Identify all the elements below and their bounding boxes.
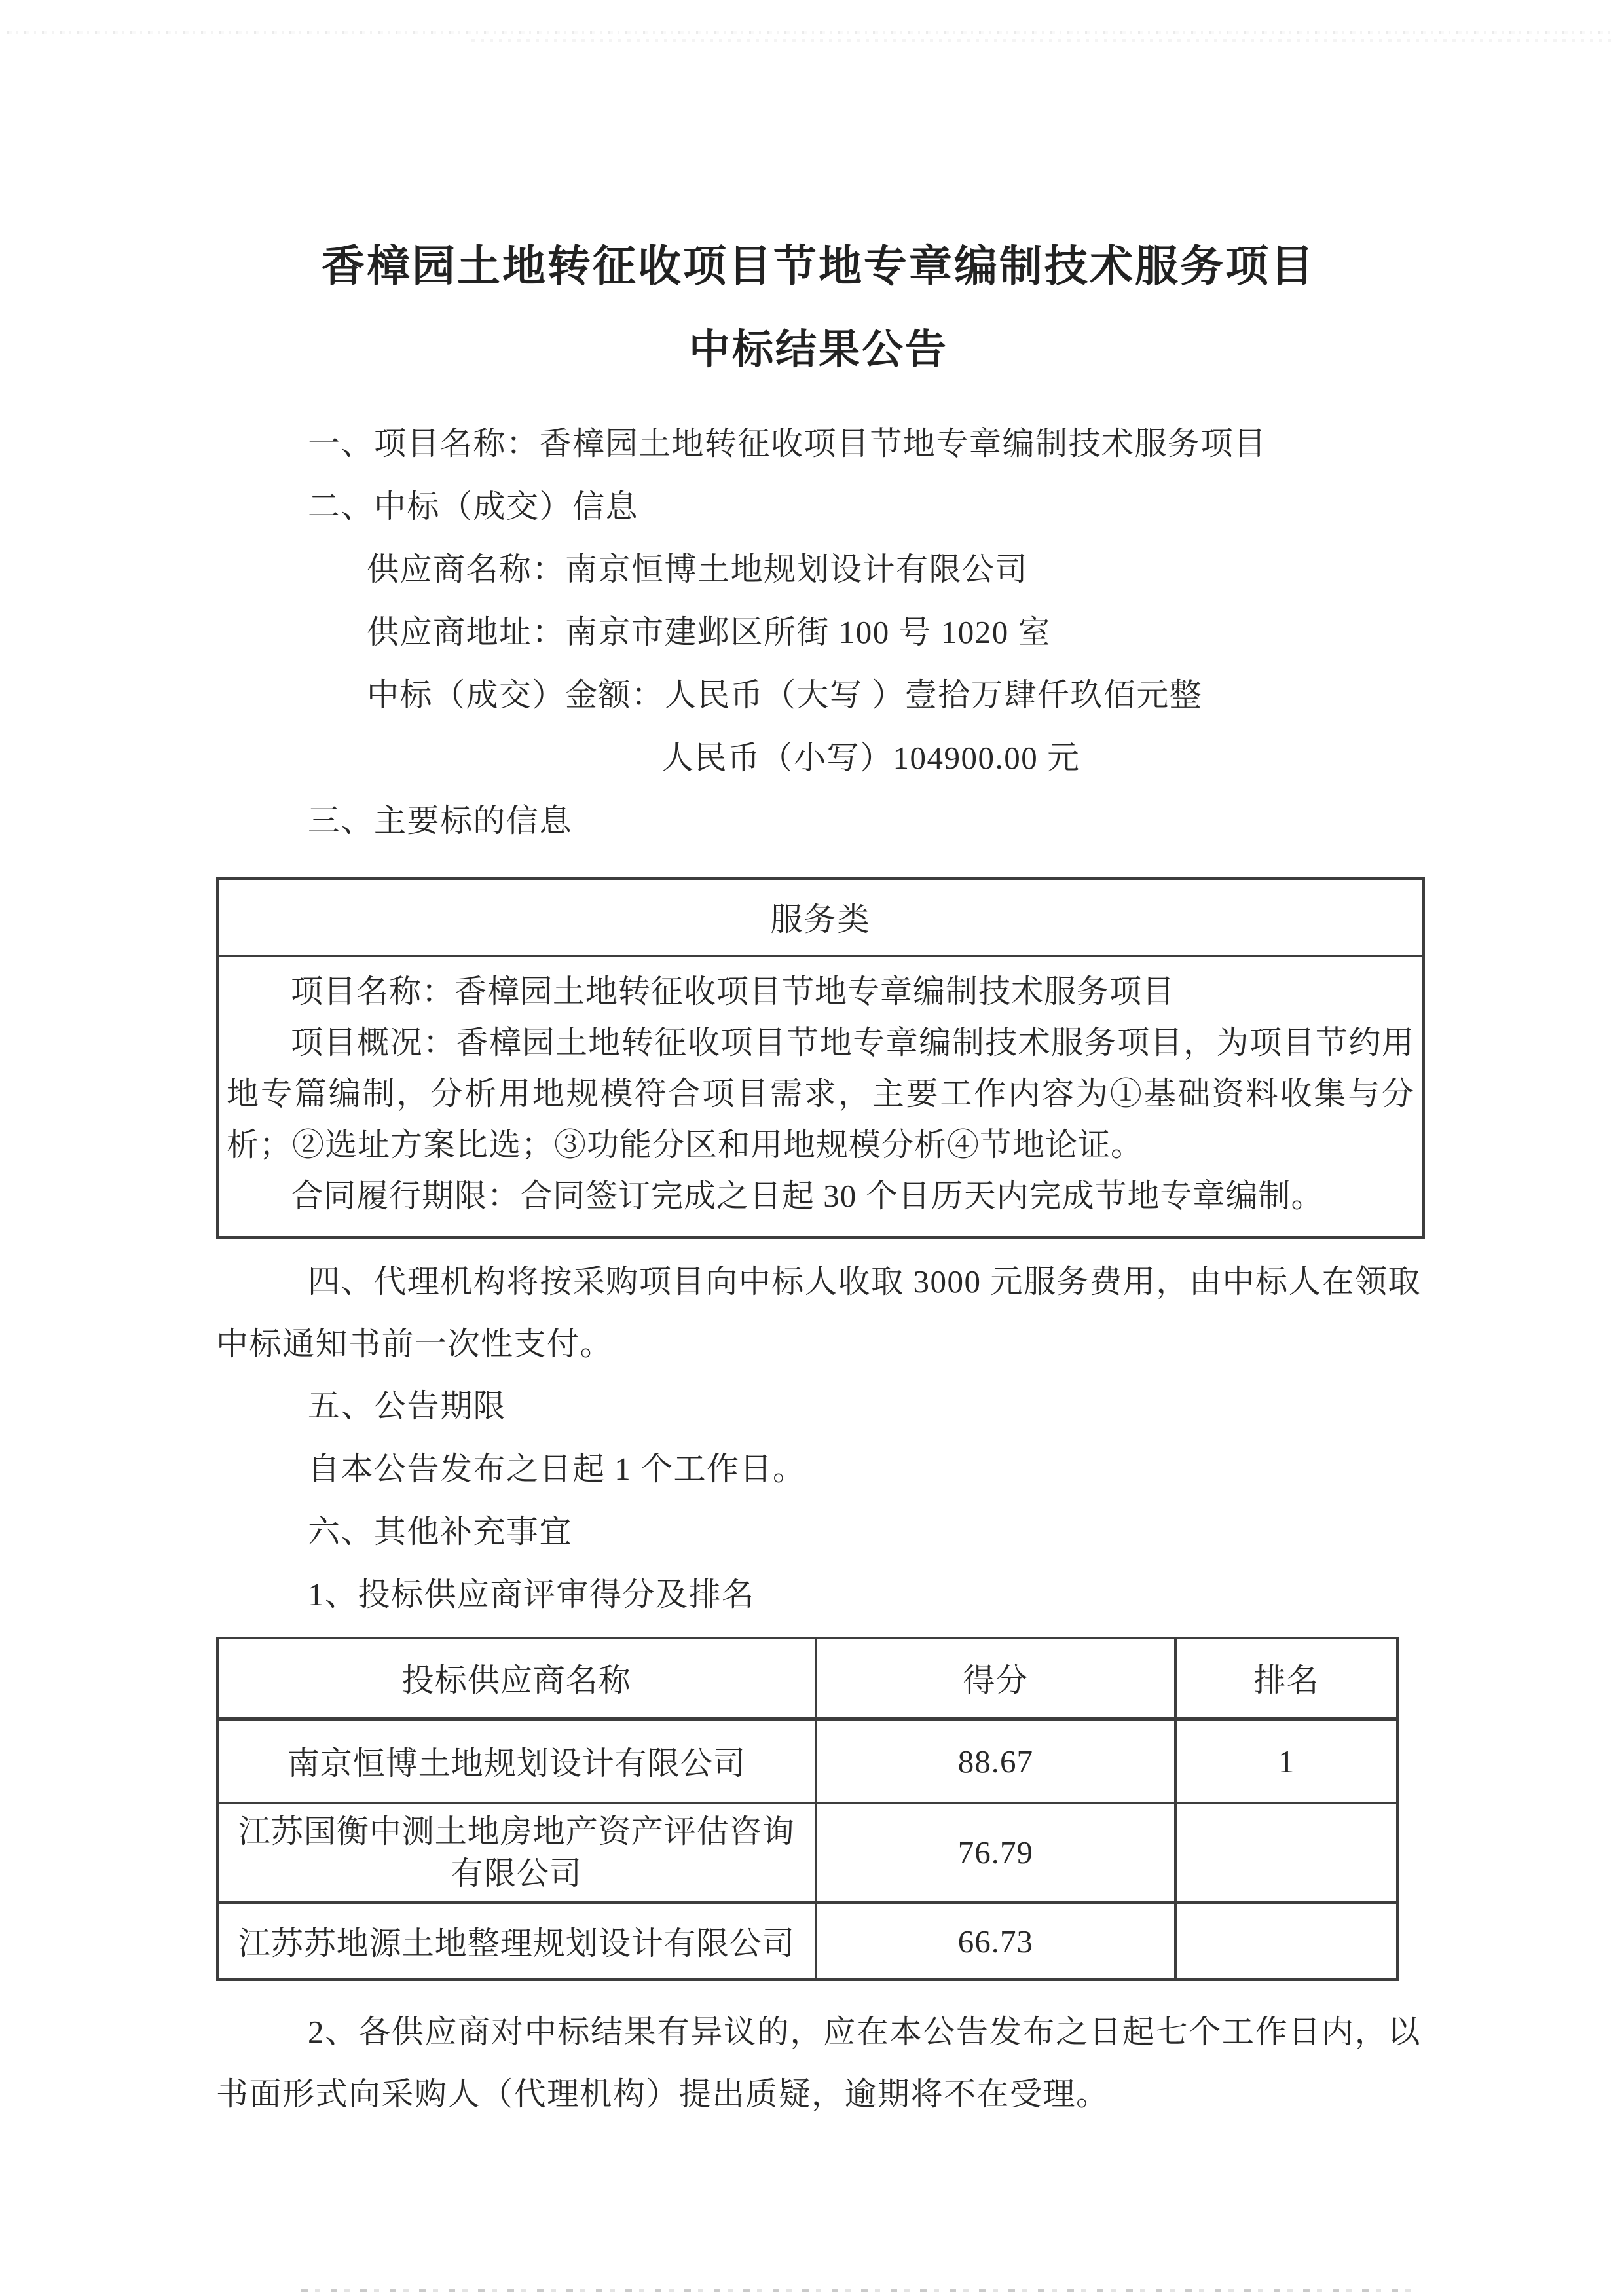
document-title-line1: 香樟园土地转征收项目节地专章编制技术服务项目 bbox=[216, 244, 1421, 288]
table-row: 江苏苏地源土地整理规划设计有限公司 66.73 bbox=[217, 1903, 1397, 1980]
rank-cell bbox=[1175, 1803, 1397, 1903]
document-title-line2: 中标结果公告 bbox=[216, 327, 1421, 372]
award-amount-capital-line: 中标（成交）金额：人民币（大写 ）壹拾万肆仟玖佰元整 bbox=[216, 664, 1421, 727]
announcement-period-heading: 五、公告期限 bbox=[216, 1375, 1421, 1438]
subject-info-table: 服务类 项目名称：香樟园土地转征收项目节地专章编制技术服务项目 项目概况：香樟园… bbox=[216, 877, 1425, 1239]
rank-cell: 1 bbox=[1175, 1719, 1397, 1803]
table-row: 南京恒博土地规划设计有限公司 88.67 1 bbox=[217, 1719, 1397, 1803]
score-table-header-supplier: 投标供应商名称 bbox=[217, 1638, 816, 1719]
subject-table-body-cell: 项目名称：香樟园土地转征收项目节地专章编制技术服务项目 项目概况：香樟园土地转征… bbox=[217, 956, 1424, 1237]
subject-project-name: 项目名称：香樟园土地转征收项目节地专章编制技术服务项目 bbox=[227, 966, 1414, 1017]
score-table-header-score: 得分 bbox=[816, 1638, 1176, 1719]
award-amount-small-line: 人民币（小写）104900.00 元 bbox=[216, 727, 1421, 790]
score-table: 投标供应商名称 得分 排名 南京恒博土地规划设计有限公司 88.67 1 江苏国… bbox=[216, 1637, 1399, 1981]
score-ranking-heading: 1、投标供应商评审得分及排名 bbox=[216, 1563, 1421, 1626]
supplier-name-cell: 江苏国衡中测土地房地产资产评估咨询有限公司 bbox=[217, 1803, 816, 1903]
subject-contract-term: 合同履行期限：合同签订完成之日起 30 个日历天内完成节地专章编制。 bbox=[227, 1171, 1414, 1222]
subject-info-heading: 三、主要标的信息 bbox=[216, 790, 1421, 852]
supplier-name-cell: 江苏苏地源土地整理规划设计有限公司 bbox=[217, 1903, 816, 1980]
document-content: 香樟园土地转征收项目节地专章编制技术服务项目 中标结果公告 一、项目名称：香樟园… bbox=[216, 0, 1421, 2125]
award-info-heading: 二、中标（成交）信息 bbox=[216, 475, 1421, 538]
subject-table-category-header: 服务类 bbox=[217, 879, 1424, 956]
subject-project-overview: 项目概况：香樟园土地转征收项目节地专章编制技术服务项目，为项目节约用地专篇编制，… bbox=[227, 1017, 1414, 1171]
score-table-header-rank: 排名 bbox=[1175, 1638, 1397, 1719]
score-table-header-row: 投标供应商名称 得分 排名 bbox=[217, 1638, 1397, 1719]
subject-table-header-row: 服务类 bbox=[217, 879, 1424, 956]
supplier-address-line: 供应商地址：南京市建邺区所街 100 号 1020 室 bbox=[216, 601, 1421, 664]
subject-table-body-row: 项目名称：香樟园土地转征收项目节地专章编制技术服务项目 项目概况：香樟园土地转征… bbox=[217, 956, 1424, 1237]
scan-artifact-bottom bbox=[301, 2289, 1418, 2292]
objection-paragraph: 2、各供应商对中标结果有异议的，应在本公告发布之日起七个工作日内，以书面形式向采… bbox=[216, 2001, 1421, 2125]
score-cell: 88.67 bbox=[816, 1719, 1176, 1803]
award-info-list: 一、项目名称：香樟园土地转征收项目节地专章编制技术服务项目 二、中标（成交）信息… bbox=[216, 412, 1421, 852]
supplier-name-cell: 南京恒博土地规划设计有限公司 bbox=[217, 1719, 816, 1803]
table-row: 江苏国衡中测土地房地产资产评估咨询有限公司 76.79 bbox=[217, 1803, 1397, 1903]
agency-fee-paragraph: 四、代理机构将按采购项目向中标人收取 3000 元服务费用，由中标人在领取中标通… bbox=[216, 1250, 1421, 1375]
document-page: 香樟园土地转征收项目节地专章编制技术服务项目 中标结果公告 一、项目名称：香樟园… bbox=[0, 0, 1624, 2296]
score-cell: 76.79 bbox=[816, 1803, 1176, 1903]
other-matters-heading: 六、其他补充事宜 bbox=[216, 1501, 1421, 1563]
score-cell: 66.73 bbox=[816, 1903, 1176, 1980]
supplier-name-line: 供应商名称：南京恒博土地规划设计有限公司 bbox=[216, 538, 1421, 601]
rank-cell bbox=[1175, 1903, 1397, 1980]
announcement-period-text: 自本公告发布之日起 1 个工作日。 bbox=[216, 1438, 1421, 1501]
project-name-line: 一、项目名称：香樟园土地转征收项目节地专章编制技术服务项目 bbox=[216, 412, 1421, 475]
